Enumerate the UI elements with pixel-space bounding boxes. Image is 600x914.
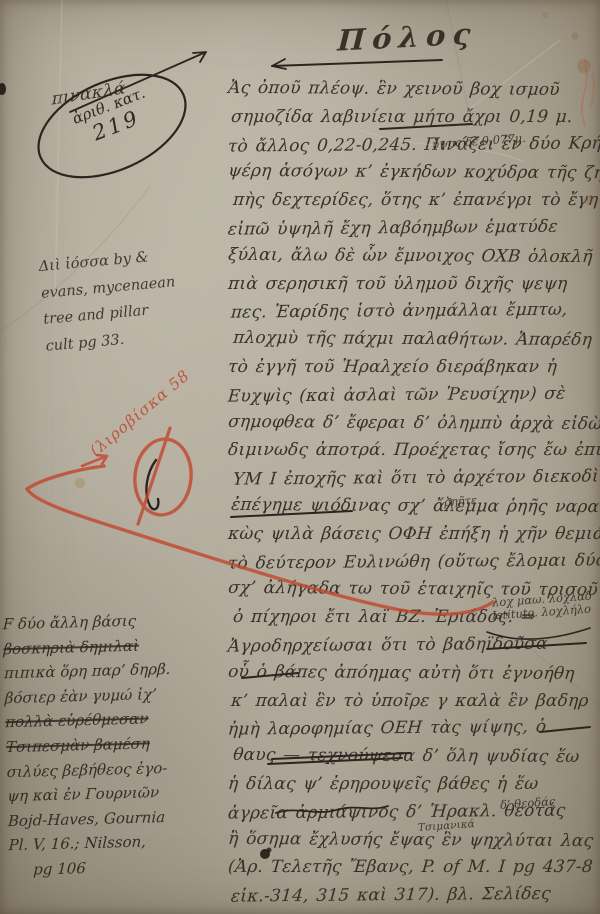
- manuscript-line: Ἀγροδηρχείωσαι ὅτι τὸ βαδηϊδοῦσα: [227, 630, 600, 661]
- manuscript-line: ἢ ὅσημα ἔχλυσής ἔψας ἓν ψηχλύται λας: [227, 825, 600, 855]
- margin-note-top: Διὶ ἰόσσα by & evans, mycenaean tree and…: [38, 242, 181, 359]
- manuscript-line: ἐπέγημε ψιόδινας σχ’ ἄλεμμα ῥηῆς ναρα: [230, 492, 600, 522]
- manuscript-line: διμινωδς ἀποτρά. Προέχετας ἴσης ἔω ἐπι: [227, 437, 600, 465]
- manuscript-line: ψέρη ἀσόγων κ’ ἐγκήδων κοχύδρα τῆς ζημ: [227, 158, 600, 188]
- red-circle-annotation: [131, 436, 195, 517]
- page-title: Πόλος: [337, 16, 478, 57]
- manuscript-line: ξύλαι, ἄλω δὲ ὧν ἔμνοιχος ΟΧΒ ὁλοκλῆ: [227, 242, 600, 272]
- manuscript-line: τὸ ἄλλος 0,22-0,245. Πινάζει ἓν δύο Κρήτ…: [227, 130, 600, 161]
- manuscript-line: εἰκ.-314, 315 καὶ 317). βλ. Σελίδες: [230, 880, 600, 911]
- manuscript-line: τὸ δεύτερον Ευλινώθη (οὕτως ἔλομαι δύο: [227, 547, 600, 578]
- manuscript-line: πιὰ σερησικῆ τοῦ ὑλημοῦ διχῆς ψεψη: [227, 271, 600, 299]
- manuscript-line: ΥΜ Ι ἐποχῆς καὶ ὅτι τὸ ἀρχέτον διεκοδὶ: [232, 464, 600, 495]
- manuscript-line: οὗ ὁ βάπες ἀπόημας αὐτὴ ὅτι ἐγνοήθη: [227, 659, 600, 689]
- manuscript-line: εἰπῶ ὑψηλῆ ἔχη λαβόημβων ἑματύδε: [227, 213, 600, 244]
- manuscript-line: σημοζίδα λαβινίεια μήτο ἄχρι 0,19 μ.: [230, 104, 600, 132]
- main-text-column: Ἀς ὀποῦ πλέοψ. ἓν χεινοῦ βοχ ισμοῦ σημοζ…: [228, 76, 600, 910]
- manuscript-line: πες. Ἐαρίδης ἱστὸ ἀνημάλλαι ἔμπτω,: [230, 297, 600, 328]
- margin-note-line: Τσιπεσμὰν βαμέση: [5, 731, 172, 760]
- manuscript-line: (Ἀρ. Τελετῆς Ἔβανς, P. of M. Ⅰ pg 437-8: [227, 854, 600, 882]
- manuscript-line: ἠμὴ λαροφημίας ΟΕΗ τὰς ψίψης, ὁ: [227, 714, 600, 745]
- manuscript-line: πὴς δεχτερίδες, ὅτης κ’ ἐπανέγρι τὸ ἔγη: [232, 187, 600, 215]
- margin-note-bottom: F δύο ἄλλη βάσις βοσκηριὰ δημιλαὶ πιπικὰ…: [2, 608, 175, 883]
- manuscript-line: κὼς ψιλὰ βάσεις ΟΦΗ ἐπήξη ἡ χῆν θεμιά: [227, 521, 600, 549]
- manuscript-line: Ἀς ὀποῦ πλέοψ. ἓν χεινοῦ βοχ ισμοῦ: [227, 75, 600, 105]
- manuscript-line: Ευχψὶς (καὶ ἀσλαὶ τῶν Ῥευσίχην) σὲ: [227, 380, 600, 411]
- manuscript-line: τὸ ἐγγῆ τοῦ Ἡραλχείο διεράβηκαν ἡ: [227, 354, 600, 382]
- manuscript-line: σημοφθεα δ’ ἔφεραι δ’ ὀλημπὺ ἀρχὰ εἰδὼ: [227, 408, 600, 438]
- red-pencil-note: (λιροβίσκα 58: [86, 366, 193, 460]
- manuscript-page: Πόλος πινακλά ἀριθ. κατ. 219 Διὶ ἰόσσα b…: [0, 0, 600, 914]
- margin-note-line: pg 106: [33, 854, 176, 882]
- manuscript-line: πλοχμὺ τῆς πάχμι παλαθήτων. Ἀπαρέδη: [232, 325, 600, 355]
- manuscript-line: κ’ παλαὶ ἓν τὸ ὑποῖρε γ καλὰ ἓν βαδηρ: [230, 688, 600, 716]
- interlinear-word: ῥηῆτε: [444, 493, 478, 509]
- manuscript-line: θαυς — τεχνούψεσα δ’ ὅλη ψυδίας ἕω: [232, 742, 600, 772]
- margin-note-line: F δύο ἄλλη βάσις: [2, 608, 169, 637]
